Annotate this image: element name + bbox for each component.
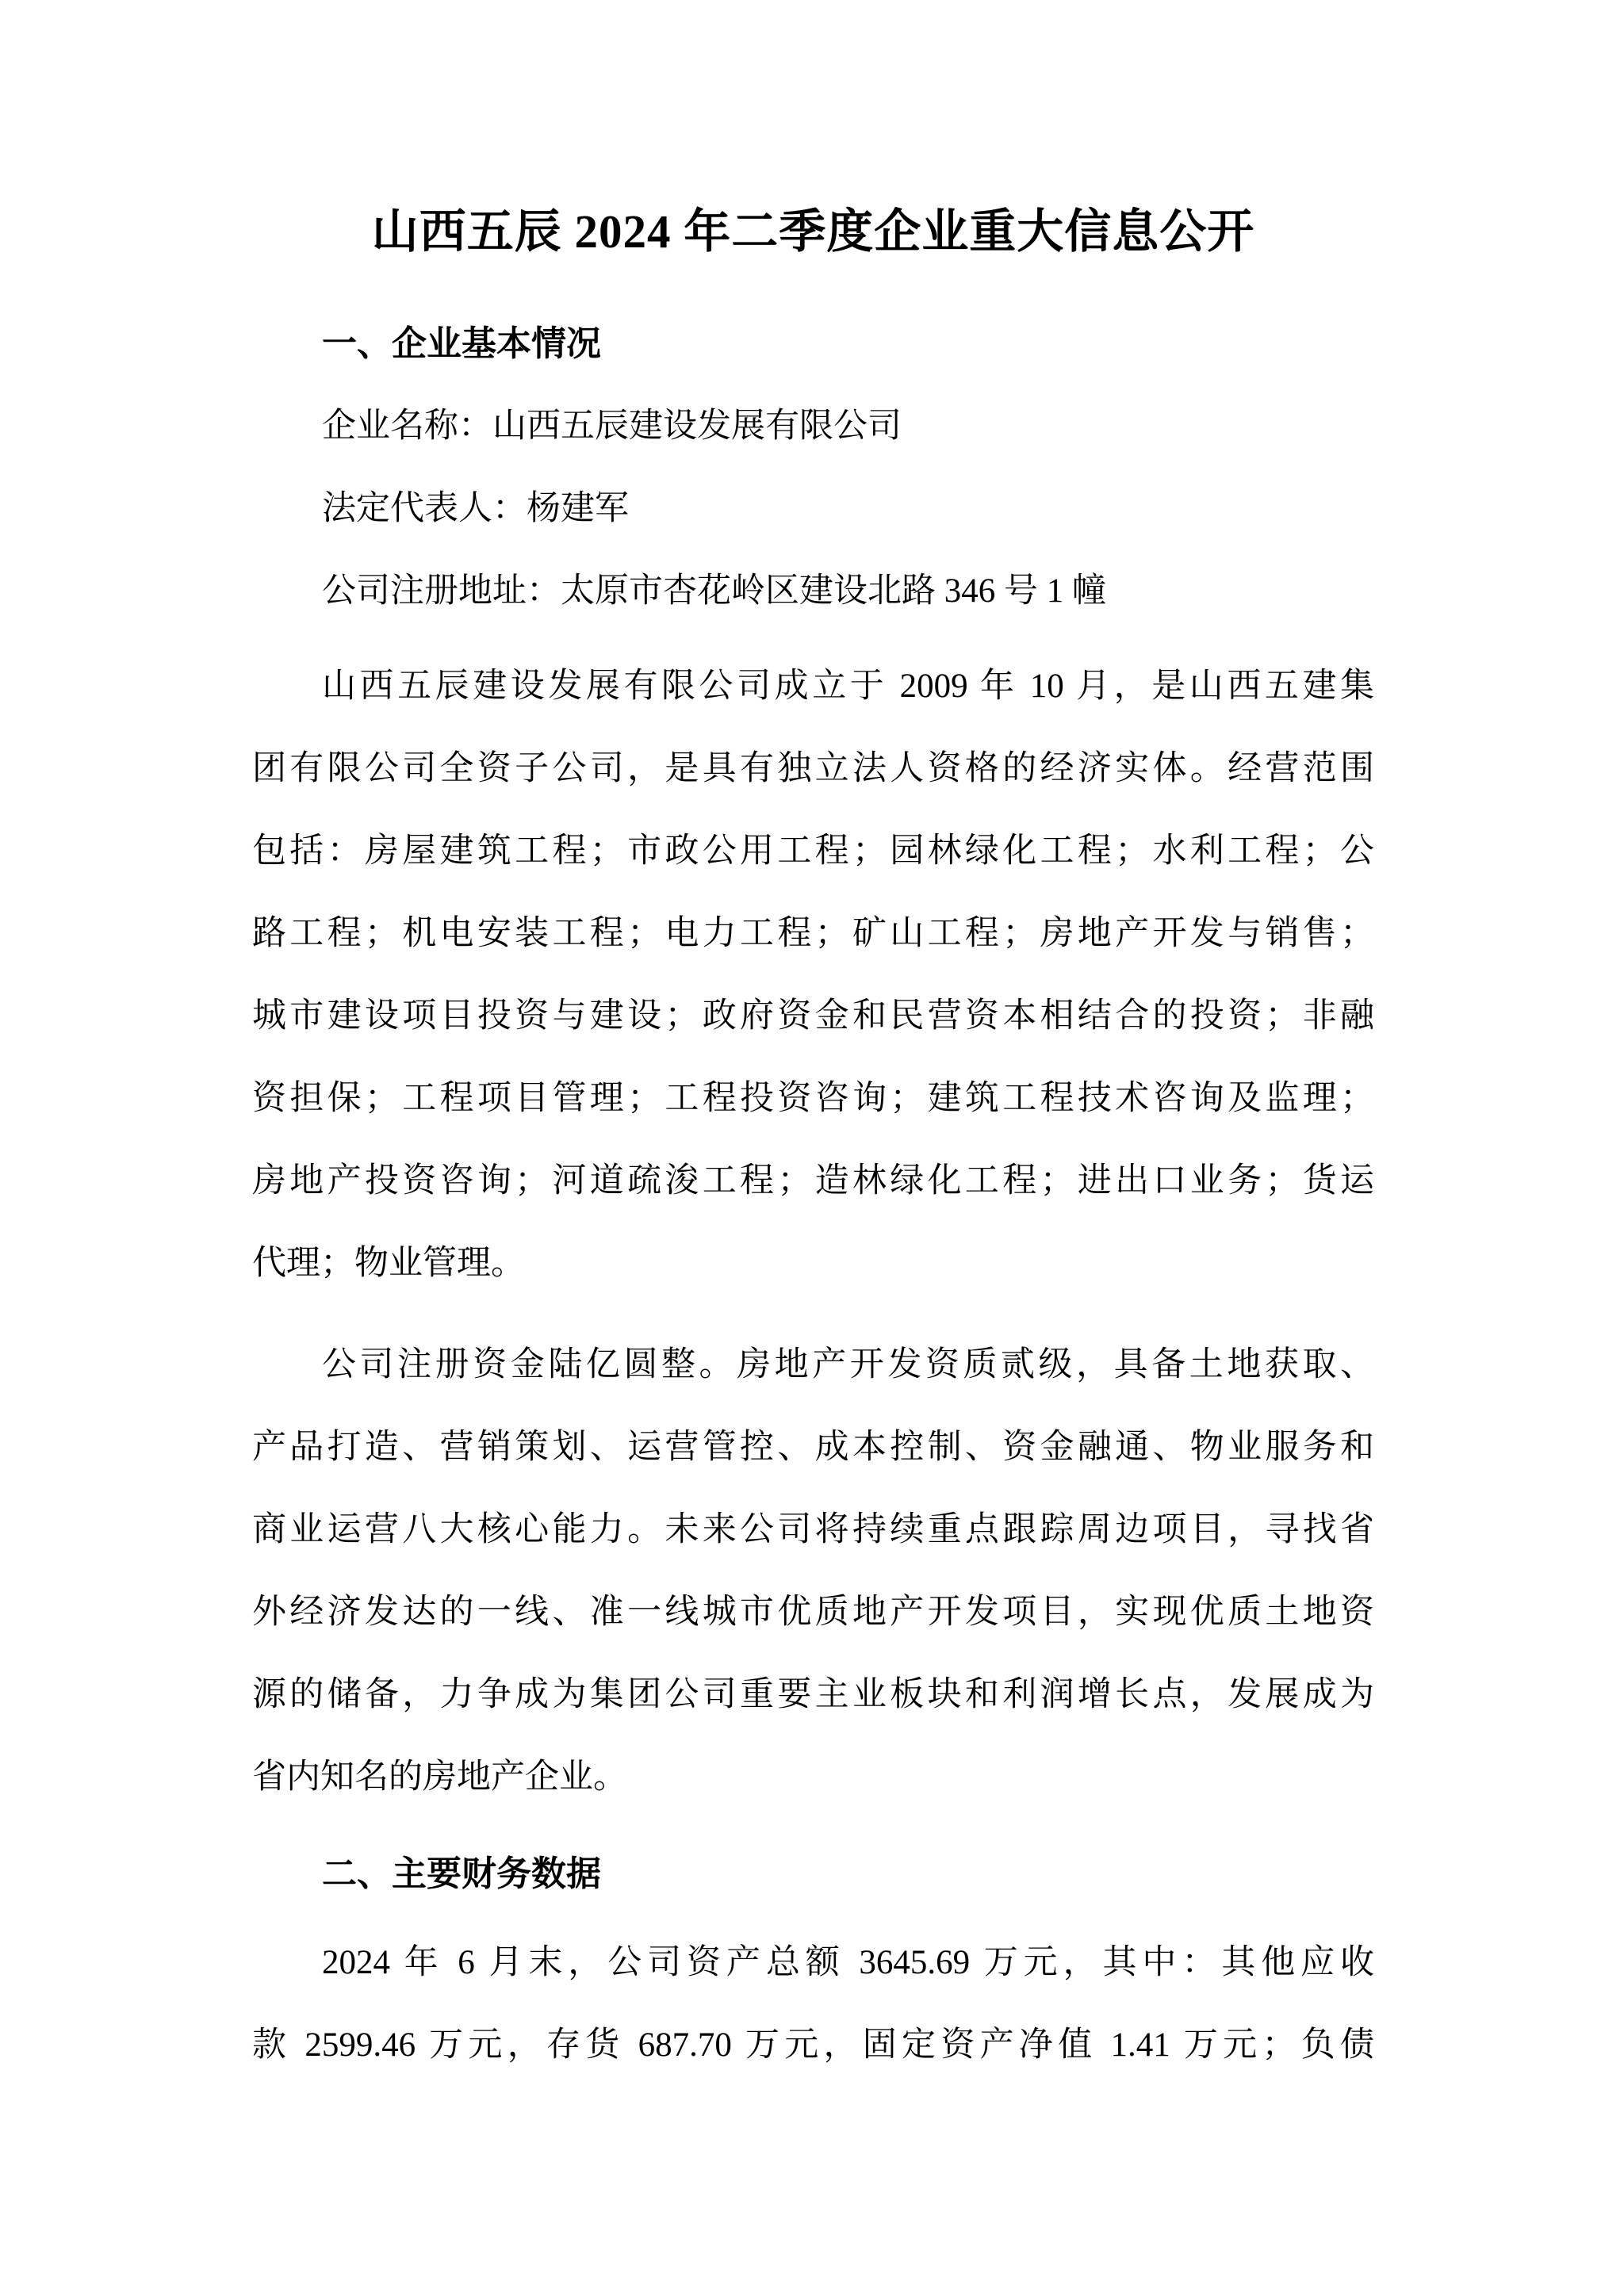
registered-address-line: 公司注册地址：太原市杏花岭区建设北路 346 号 1 幢 — [252, 550, 1374, 633]
paragraph-line: 外经济发达的一线、准一线城市优质地产开发项目，实现优质土地资 — [252, 1571, 1374, 1654]
paragraph-line: 山西五辰建设发展有限公司成立于 2009 年 10 月，是山西五建集 — [252, 645, 1374, 728]
section-heading-financial-data: 二、主要财务数据 — [252, 1833, 1374, 1915]
paragraph-line: 公司注册资金陆亿圆整。房地产开发资质贰级，具备土地获取、 — [252, 1324, 1374, 1406]
company-name-line: 企业名称：山西五辰建设发展有限公司 — [252, 385, 1374, 468]
paragraph-line: 商业运营八大核心能力。未来公司将持续重点跟踪周边项目，寻找省 — [252, 1489, 1374, 1571]
company-intro-paragraph: 山西五辰建设发展有限公司成立于 2009 年 10 月，是山西五建集 团有限公司… — [252, 645, 1374, 1305]
paragraph-line: 团有限公司全资子公司，是具有独立法人资格的经济实体。经营范围 — [252, 728, 1374, 810]
paragraph-line: 代理；物业管理。 — [252, 1223, 1374, 1305]
document-page: 山西五辰 2024 年二季度企业重大信息公开 一、企业基本情况 企业名称：山西五… — [0, 0, 1624, 2296]
paragraph-line: 款 2599.46 万元，存货 687.70 万元，固定资产净值 1.41 万元… — [252, 2004, 1374, 2087]
basic-info-block: 企业名称：山西五辰建设发展有限公司 法定代表人：杨建军 公司注册地址：太原市杏花… — [252, 385, 1374, 633]
document-title: 山西五辰 2024 年二季度企业重大信息公开 — [252, 203, 1374, 260]
legal-representative-line: 法定代表人：杨建军 — [252, 468, 1374, 550]
paragraph-line: 包括：房屋建筑工程；市政公用工程；园林绿化工程；水利工程；公 — [252, 810, 1374, 893]
paragraph-line: 产品打造、营销策划、运营管控、成本控制、资金融通、物业服务和 — [252, 1406, 1374, 1489]
section-heading-basic-info: 一、企业基本情况 — [252, 303, 1374, 385]
paragraph-line: 路工程；机电安装工程；电力工程；矿山工程；房地产开发与销售； — [252, 893, 1374, 975]
paragraph-line: 源的储备，力争成为集团公司重要主业板块和利润增长点，发展成为 — [252, 1654, 1374, 1736]
paragraph-line: 2024 年 6 月末，公司资产总额 3645.69 万元，其中：其他应收 — [252, 1922, 1374, 2004]
document-content: 山西五辰 2024 年二季度企业重大信息公开 一、企业基本情况 企业名称：山西五… — [252, 203, 1374, 2087]
paragraph-line: 房地产投资咨询；河道疏浚工程；造林绿化工程；进出口业务；货运 — [252, 1140, 1374, 1223]
financial-figures-paragraph: 2024 年 6 月末，公司资产总额 3645.69 万元，其中：其他应收 款 … — [252, 1922, 1374, 2087]
paragraph-line: 资担保；工程项目管理；工程投资咨询；建筑工程技术咨询及监理； — [252, 1058, 1374, 1140]
capabilities-paragraph: 公司注册资金陆亿圆整。房地产开发资质贰级，具备土地获取、 产品打造、营销策划、运… — [252, 1324, 1374, 1819]
paragraph-line: 城市建设项目投资与建设；政府资金和民营资本相结合的投资；非融 — [252, 975, 1374, 1058]
paragraph-line: 省内知名的房地产企业。 — [252, 1736, 1374, 1819]
